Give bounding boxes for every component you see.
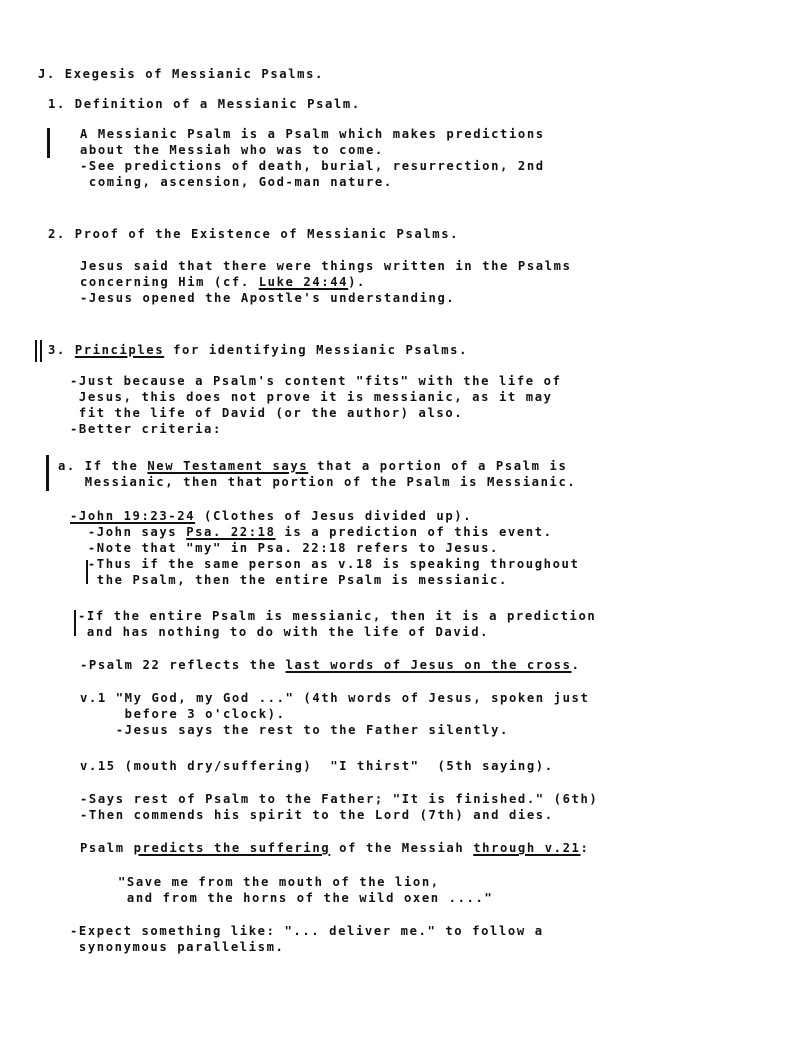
v1-line: before 3 o'clock). bbox=[80, 706, 286, 722]
text: : bbox=[581, 841, 590, 855]
s3-line: Jesus, this does not prove it is messian… bbox=[70, 389, 553, 405]
if-line: -If the entire Psalm is messianic, then … bbox=[78, 608, 596, 624]
quote-line: "Save me from the mouth of the lion, bbox=[118, 874, 440, 890]
text: (Clothes of Jesus divided up). bbox=[195, 509, 472, 523]
underlined: Psa. 22:18 bbox=[186, 525, 275, 539]
s2-line: Jesus said that there were things writte… bbox=[80, 258, 572, 274]
v15-line: v.15 (mouth dry/suffering) "I thirst" (5… bbox=[80, 758, 554, 774]
s3-line: -Better criteria: bbox=[70, 421, 222, 437]
heading: J. Exegesis of Messianic Psalms. bbox=[38, 66, 324, 82]
says-line: -Says rest of Psalm to the Father; "It i… bbox=[80, 791, 598, 807]
text: of the Messiah bbox=[330, 841, 473, 855]
underlined: last words of Jesus on the cross bbox=[286, 658, 572, 672]
margin-bar bbox=[74, 610, 76, 636]
section-1-title: 1. Definition of a Messianic Psalm. bbox=[48, 96, 361, 112]
margin-bar bbox=[46, 455, 49, 491]
underlined: New Testament says bbox=[147, 459, 308, 473]
underlined: predicts the suffering bbox=[134, 841, 331, 855]
v1-line: v.1 "My God, my God ..." (4th words of J… bbox=[80, 690, 589, 706]
predicts-line: Psalm predicts the suffering of the Mess… bbox=[80, 840, 589, 856]
thus-line: the Psalm, then the entire Psalm is mess… bbox=[70, 572, 508, 588]
thus-line: -Thus if the same person as v.18 is spea… bbox=[70, 556, 579, 572]
margin-bar bbox=[47, 128, 50, 158]
text: for identifying Messianic Psalms. bbox=[164, 343, 468, 357]
underlined: Principles bbox=[75, 343, 164, 357]
s3-line: -Just because a Psalm's content "fits" w… bbox=[70, 373, 562, 389]
underlined: through v.21 bbox=[473, 841, 580, 855]
text: a. If the bbox=[58, 459, 147, 473]
margin-bar bbox=[40, 340, 42, 362]
psalm22-line: -Psalm 22 reflects the last words of Jes… bbox=[80, 657, 581, 673]
expect-line: synonymous parallelism. bbox=[70, 939, 285, 955]
s1-line: -See predictions of death, burial, resur… bbox=[80, 158, 545, 174]
john-says: -John says Psa. 22:18 is a prediction of… bbox=[70, 524, 553, 540]
note: -Note that "my" in Psa. 22:18 refers to … bbox=[70, 540, 499, 556]
text: . bbox=[572, 658, 581, 672]
s1-line: about the Messiah who was to come. bbox=[80, 142, 384, 158]
expect-line: -Expect something like: "... deliver me.… bbox=[70, 923, 544, 939]
text: concerning Him (cf. bbox=[80, 275, 259, 289]
criterion-a-line2: Messianic, then that portion of the Psal… bbox=[58, 474, 576, 490]
s1-line: coming, ascension, God-man nature. bbox=[80, 174, 393, 190]
margin-bar bbox=[35, 340, 37, 362]
text: -John says bbox=[70, 525, 186, 539]
underlined: -John 19:23-24 bbox=[70, 509, 195, 523]
text: ). bbox=[348, 275, 366, 289]
text: Psalm bbox=[80, 841, 134, 855]
section-2-title: 2. Proof of the Existence of Messianic P… bbox=[48, 226, 459, 242]
v1-line: -Jesus says the rest to the Father silen… bbox=[80, 722, 509, 738]
john-ref: -John 19:23-24 (Clothes of Jesus divided… bbox=[70, 508, 472, 524]
s1-line: A Messianic Psalm is a Psalm which makes… bbox=[80, 126, 545, 142]
then-line: -Then commends his spirit to the Lord (7… bbox=[80, 807, 554, 823]
criterion-a: a. If the New Testament says that a port… bbox=[58, 458, 567, 474]
text: is a prediction of this event. bbox=[276, 525, 553, 539]
quote-line: and from the horns of the wild oxen ....… bbox=[118, 890, 493, 906]
s2-line: -Jesus opened the Apostle's understandin… bbox=[80, 290, 455, 306]
section-3-title: 3. Principles for identifying Messianic … bbox=[48, 342, 468, 358]
text: -Psalm 22 reflects the bbox=[80, 658, 286, 672]
text: that a portion of a Psalm is bbox=[308, 459, 567, 473]
s2-line: concerning Him (cf. Luke 24:44). bbox=[80, 274, 366, 290]
scripture-ref: Luke 24:44 bbox=[259, 275, 348, 289]
if-line: and has nothing to do with the life of D… bbox=[78, 624, 489, 640]
num: 3. bbox=[48, 343, 75, 357]
s3-line: fit the life of David (or the author) al… bbox=[70, 405, 463, 421]
